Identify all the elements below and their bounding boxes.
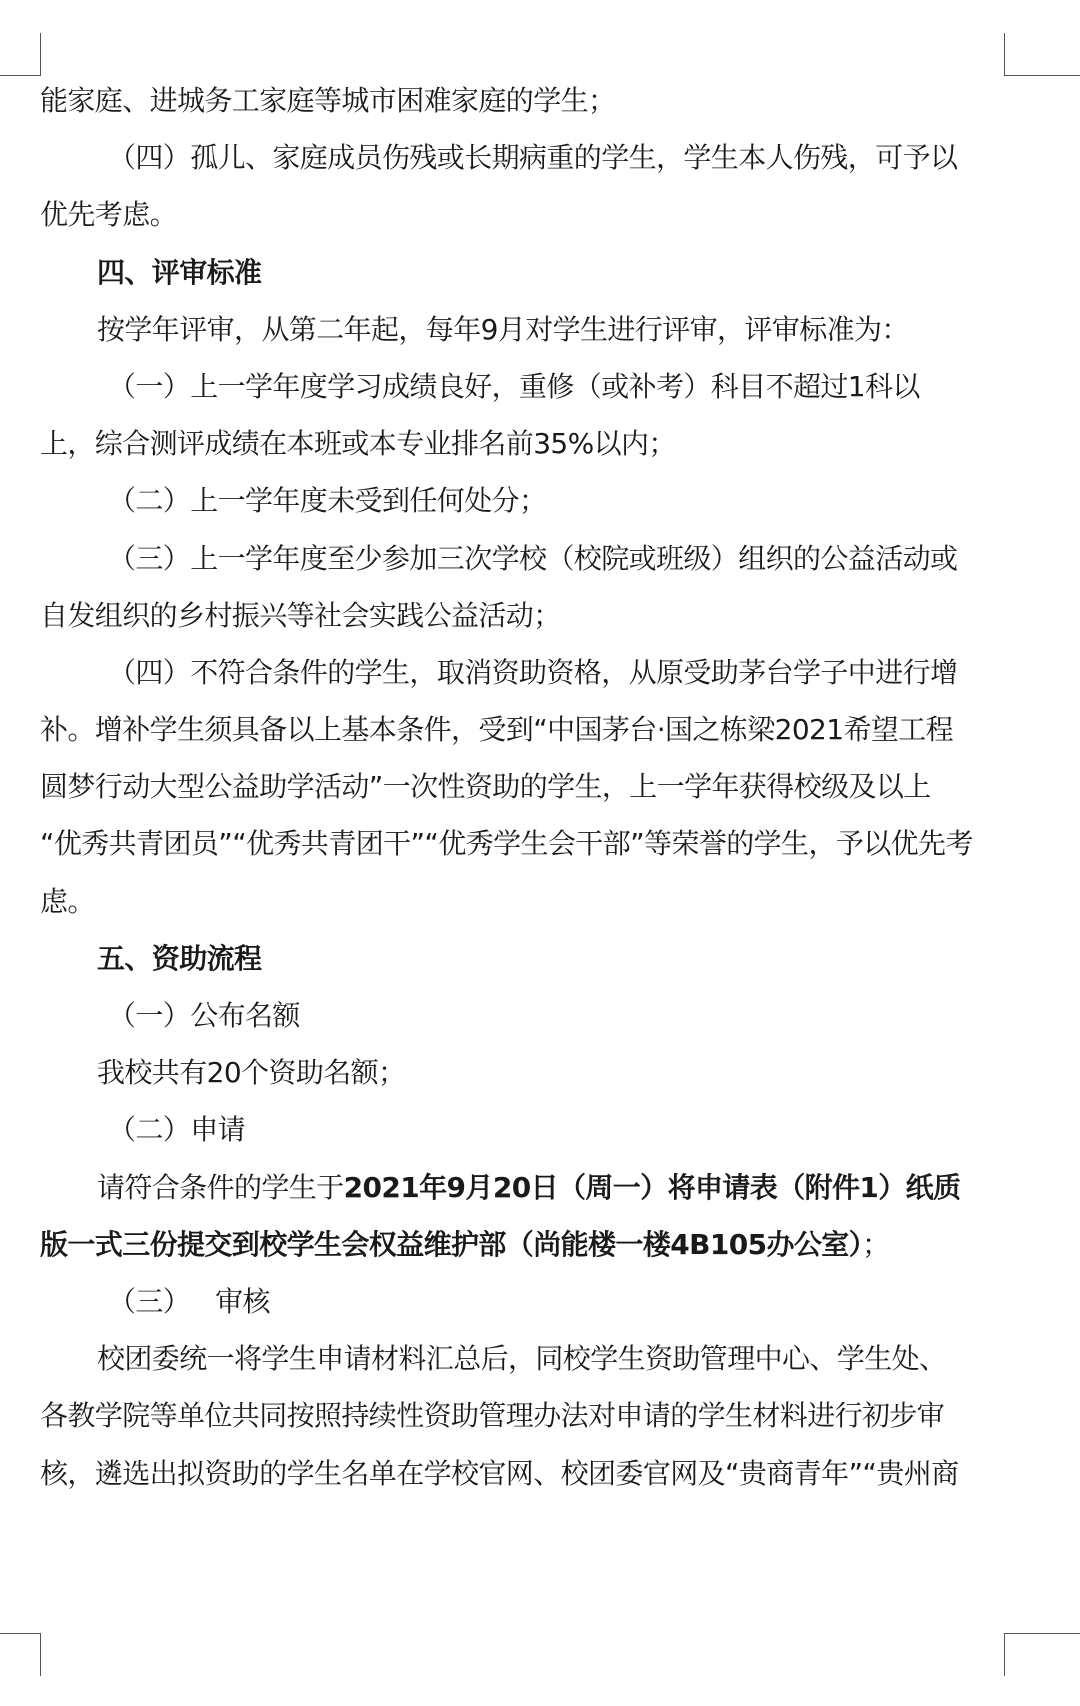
corner-mark-bottom-left (0, 1633, 41, 1676)
list-item-4: （四）孤儿、家庭成员伤残或长期病重的学生，学生本人伤残，可予以 (40, 136, 1020, 193)
section-heading-evaluation-criteria: 四、评审标准 (40, 251, 1020, 308)
application-text: 请符合条件的学生于 (97, 1171, 344, 1204)
paragraph-line: 补。增补学生须具备以上基本条件，受到“中国茅台·国之栋梁2021希望工程 (40, 708, 1020, 765)
application-deadline-text: 2021年9月20日（周一）将申请表（附件1）纸质 (344, 1171, 961, 1204)
subsection-heading-review: （三） 审核 (40, 1280, 1020, 1337)
application-instructions-line-1: 请符合条件的学生于2021年9月20日（周一）将申请表（附件1）纸质 (40, 1166, 1020, 1223)
paragraph-line: 自发组织的乡村振兴等社会实践公益活动； (40, 594, 1020, 651)
paragraph-line: 校团委统一将学生申请材料汇总后，同校学生资助管理中心、学生处、 (40, 1337, 1020, 1394)
paragraph-line: 能家庭、进城务工家庭等城市困难家庭的学生； (40, 79, 1020, 136)
application-instructions-line-2: 版一式三份提交到校学生会权益维护部（尚能楼一楼4B105办公室）； (40, 1223, 1020, 1280)
corner-mark-top-left (0, 33, 41, 76)
paragraph-line: 虑。 (40, 880, 1020, 937)
paragraph-line: 按学年评审，从第二年起，每年9月对学生进行评审，评审标准为： (40, 308, 1020, 365)
criteria-item-3: （三）上一学年度至少参加三次学校（校院或班级）组织的公益活动或 (40, 537, 1020, 594)
document-page: 能家庭、进城务工家庭等城市困难家庭的学生； （四）孤儿、家庭成员伤残或长期病重的… (40, 79, 1020, 1509)
paragraph-line: 各教学院等单位共同按照持续性资助管理办法对申请的学生材料进行初步审 (40, 1394, 1020, 1451)
punctuation: ； (862, 1228, 889, 1261)
submission-location-text: 版一式三份提交到校学生会权益维护部（尚能楼一楼4B105办公室） (40, 1228, 862, 1261)
paragraph-line: 圆梦行动大型公益助学活动”一次性资助的学生，上一学年获得校级及以上 (40, 765, 1020, 822)
criteria-item-2: （二）上一学年度未受到任何处分； (40, 479, 1020, 536)
paragraph-line: 优先考虑。 (40, 193, 1020, 250)
corner-mark-top-right (1004, 33, 1080, 76)
corner-mark-bottom-right (1004, 1633, 1080, 1676)
section-heading-funding-process: 五、资助流程 (40, 937, 1020, 994)
paragraph-line: 核，遴选出拟资助的学生名单在学校官网、校团委官网及“贵商青年”“贵州商 (40, 1452, 1020, 1509)
paragraph-line: 上，综合测评成绩在本班或本专业排名前35%以内； (40, 422, 1020, 479)
subsection-heading-quota: （一）公布名额 (40, 994, 1020, 1051)
subsection-heading-application: （二）申请 (40, 1108, 1020, 1165)
paragraph-line: 我校共有20个资助名额； (40, 1051, 1020, 1108)
criteria-item-1: （一）上一学年度学习成绩良好，重修（或补考）科目不超过1科以 (40, 365, 1020, 422)
criteria-item-4: （四）不符合条件的学生，取消资助资格，从原受助茅台学子中进行增 (40, 651, 1020, 708)
paragraph-line: “优秀共青团员”“优秀共青团干”“优秀学生会干部”等荣誉的学生，予以优先考 (40, 822, 1020, 879)
